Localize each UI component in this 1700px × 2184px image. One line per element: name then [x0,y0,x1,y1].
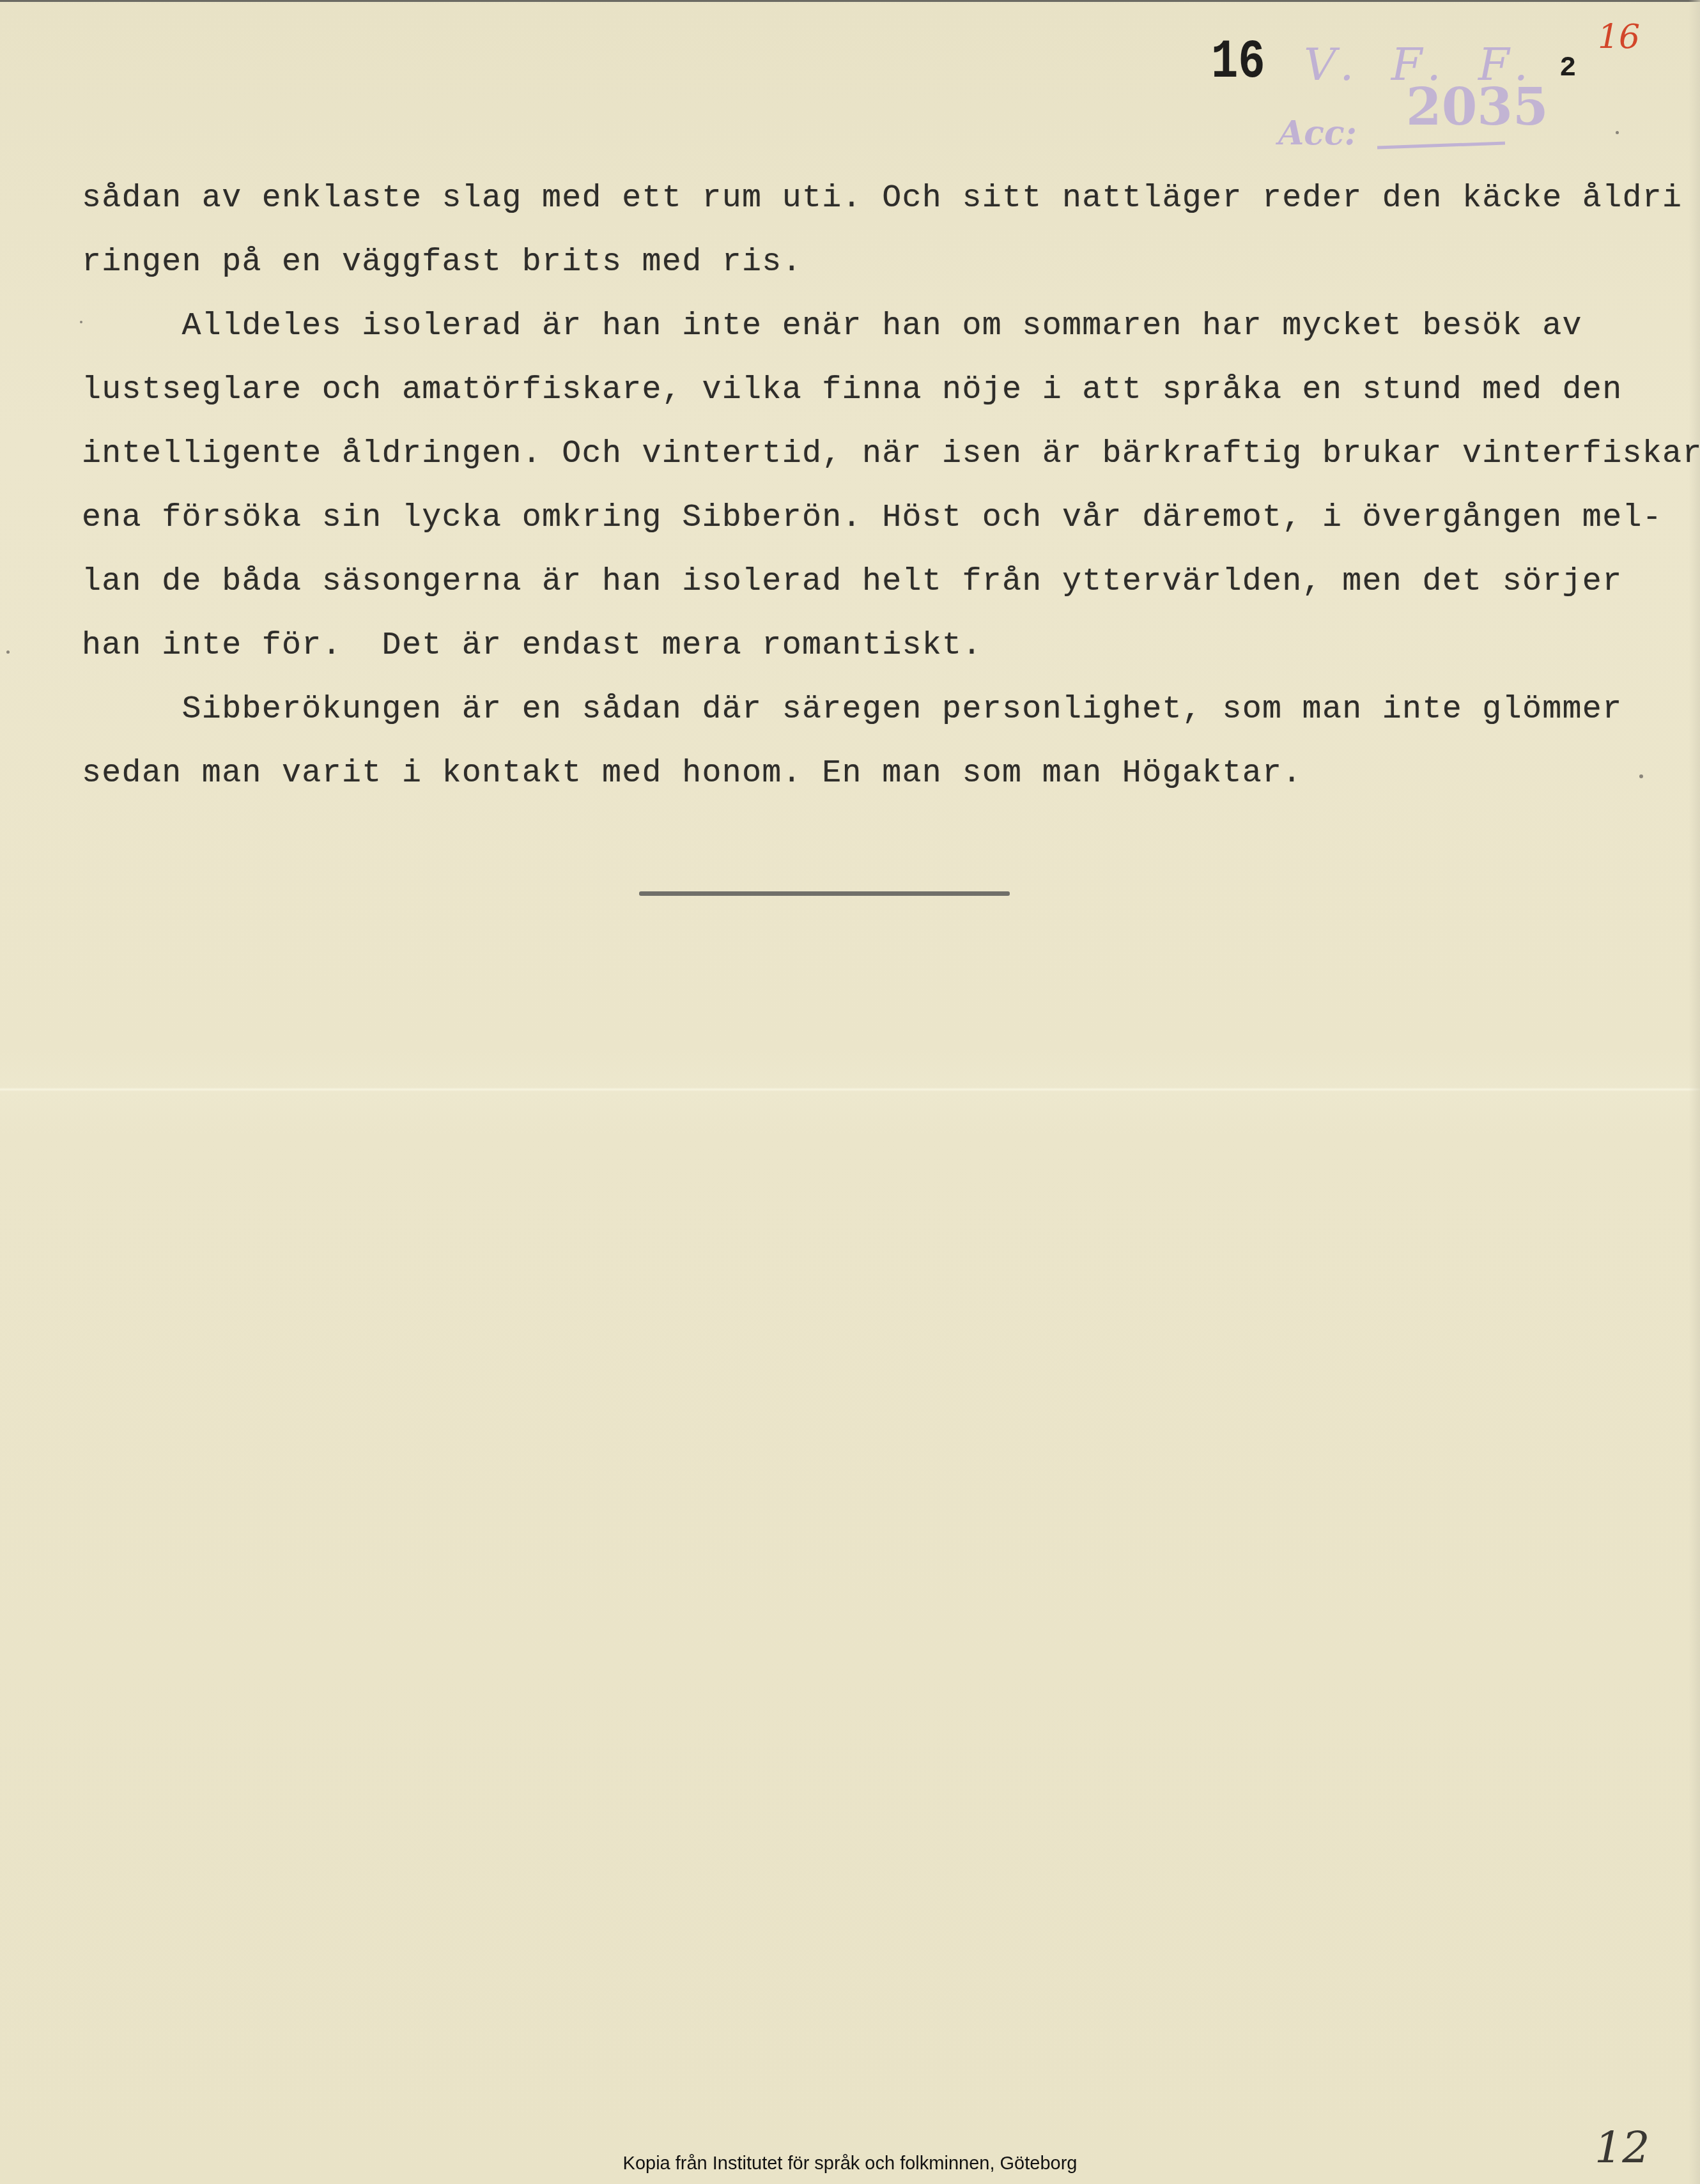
body-line: ena försöka sin lycka omkring Sibberön. … [82,500,1662,536]
document-page: 16 V. F. F. 2035 Acc: 2 16 sådan av enkl… [0,0,1700,2184]
paper-speck [1616,131,1619,134]
body-line: Alldeles isolerad är han inte enär han o… [82,308,1582,344]
paper-speck [80,321,82,323]
sheet-number: 2 [1559,52,1576,84]
end-rule [639,891,1010,896]
accession-number: 2035 [1406,77,1549,137]
archive-number: 16 [1211,31,1265,93]
paper-right-edge [1688,0,1700,2184]
paper-fold [0,1088,1700,1091]
handwritten-folio-number: 12 [1595,2123,1650,2173]
body-line: Sibberökungen är en sådan där säregen pe… [82,691,1622,728]
body-line: lan de båda säsongerna är han isolerad h… [82,564,1622,600]
archive-credit: Kopia från Institutet för språk och folk… [0,2153,1700,2174]
handwritten-page-number: 16 [1598,18,1640,56]
body-line: intelligente åldringen. Och vintertid, n… [82,436,1700,472]
scan-edge [0,0,1700,2]
body-line: han inte för. Det är endast mera romanti… [82,627,982,664]
paper-speck [1639,774,1643,778]
body-line: sedan man varit i kontakt med honom. En … [82,755,1302,792]
paper-speck [6,650,10,654]
body-line: lustseglare och amatörfiskare, vilka fin… [82,372,1622,408]
accession-underline [1377,142,1505,150]
accession-label: Acc: [1278,114,1357,153]
body-line: ringen på en väggfast brits med ris. [82,244,802,281]
body-line: sådan av enklaste slag med ett rum uti. … [82,180,1682,217]
